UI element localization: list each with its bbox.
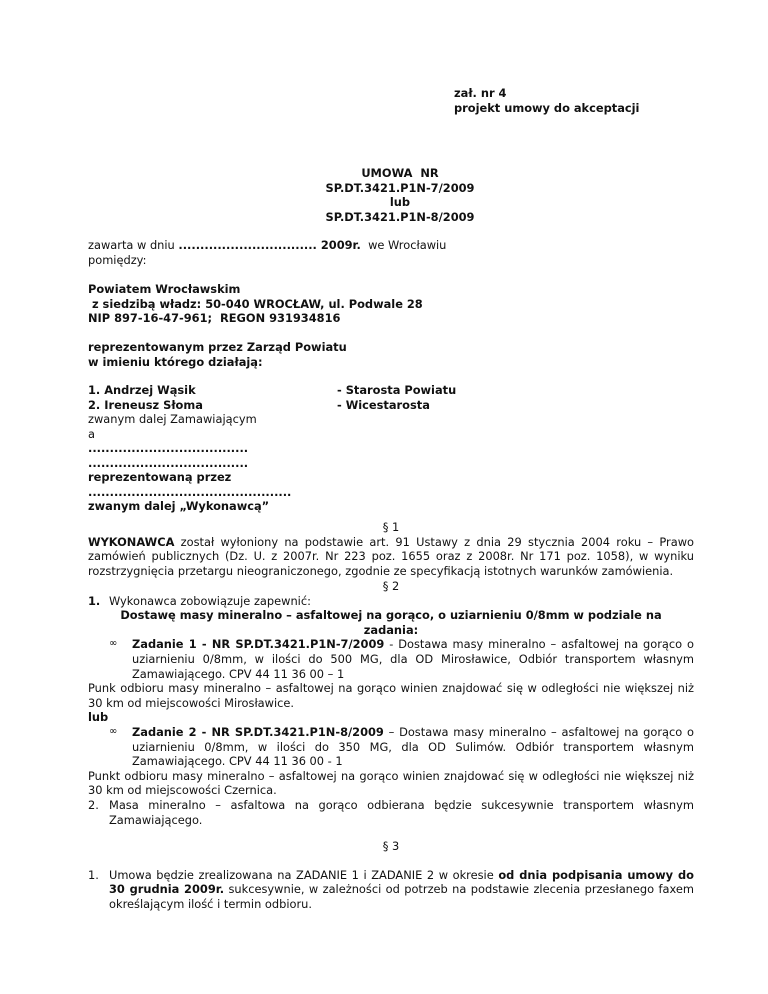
contractor-representative-placeholder: ........................................… [88, 485, 694, 500]
or-conjunction: lub [88, 710, 694, 725]
contractor-name-placeholder: ..................................... [88, 441, 694, 456]
contractor-address-placeholder: ..................................... [88, 456, 694, 471]
intro: zawarta w dniu .........................… [88, 238, 694, 267]
attachment-description: projekt umowy do akceptacji [454, 101, 639, 116]
task-1: ∞Zadanie 1 - NR SP.DT.3421.P1N-7/2009 - … [88, 637, 694, 681]
contractor-represented-by: reprezentowaną przez [88, 470, 694, 485]
delivery-subject: Dostawę masy mineralno – asfaltowej na g… [88, 608, 694, 637]
task-2-title: Zadanie 2 - NR SP.DT.3421.P1N-8/2009 [132, 725, 384, 739]
section-1-heading: § 1 [88, 520, 694, 535]
section-3-item-1: 1.Umowa będzie zrealizowana na ZADANIE 1… [88, 868, 694, 912]
party1-called: zwanym dalej Zamawiającym [88, 412, 694, 427]
section-2-item-1: 1.Wykonawca zobowiązuje zapewnić: [88, 594, 694, 609]
task-2: ∞Zadanie 2 - NR SP.DT.3421.P1N-8/2009 – … [88, 725, 694, 769]
date-placeholder: ................................ [178, 238, 316, 252]
attachment-number: zał. nr 4 [454, 86, 639, 101]
title-line-1: UMOWA NR [250, 166, 550, 181]
task-1-pickup-point: Punk odbioru masy mineralno – asfaltowej… [88, 681, 694, 710]
signatory-2-role: - Wicestarosta [337, 398, 456, 413]
acting-on-behalf: w imieniu którego działają: [88, 355, 694, 370]
section-3-heading: § 3 [88, 839, 694, 854]
section-2: § 2 1.Wykonawca zobowiązuje zapewnić: Do… [88, 579, 694, 827]
infinity-bullet-icon: ∞ [109, 725, 117, 740]
section-1: § 1 WYKONAWCA został wyłoniony na podsta… [88, 520, 694, 578]
title-line-2: SP.DT.3421.P1N-7/2009 [250, 181, 550, 196]
year: 2009r. [317, 238, 361, 252]
title-line-3: lub [250, 195, 550, 210]
represented-by: reprezentowanym przez Zarząd Powiatu [88, 340, 694, 355]
attachment-note: zał. nr 4 projekt umowy do akceptacji [454, 86, 639, 115]
section-3: § 3 1.Umowa będzie zrealizowana na ZADAN… [88, 839, 694, 911]
and-conjunction: a [88, 427, 694, 442]
contract-title: UMOWA NR SP.DT.3421.P1N-7/2009 lub SP.DT… [250, 166, 550, 224]
signatory-1-role: - Starosta Powiatu [337, 383, 456, 398]
infinity-bullet-icon: ∞ [109, 637, 117, 652]
title-line-4: SP.DT.3421.P1N-8/2009 [250, 210, 550, 225]
concluded-line: zawarta w dniu .........................… [88, 238, 694, 253]
signatory-roles: - Starosta Powiatu - Wicestarosta [337, 383, 456, 412]
task-2-pickup-point: Punkt odbioru masy mineralno – asfaltowe… [88, 769, 694, 798]
party1-address: z siedzibą władz: 50-040 WROCŁAW, ul. Po… [88, 297, 694, 312]
between-label: pomiędzy: [88, 253, 694, 268]
party1-representation: reprezentowanym przez Zarząd Powiatu w i… [88, 340, 694, 369]
contractor-called: zwanym dalej „Wykonawcą” [88, 499, 694, 514]
section-2-item-2: 2.Masa mineralno – asfaltowa na gorąco o… [88, 798, 694, 827]
section-1-text: WYKONAWCA został wyłoniony na podstawie … [88, 535, 694, 579]
party1-ids: NIP 897-16-47-961; REGON 931934816 [88, 311, 694, 326]
task-1-title: Zadanie 1 - NR SP.DT.3421.P1N-7/2009 [132, 637, 384, 651]
document-page: zał. nr 4 projekt umowy do akceptacji UM… [0, 0, 768, 994]
party1-block: Powiatem Wrocławskim z siedzibą władz: 5… [88, 282, 694, 326]
party1-name: Powiatem Wrocławskim [88, 282, 694, 297]
party2-block: ..................................... ..… [88, 441, 694, 514]
section-2-heading: § 2 [88, 579, 694, 594]
